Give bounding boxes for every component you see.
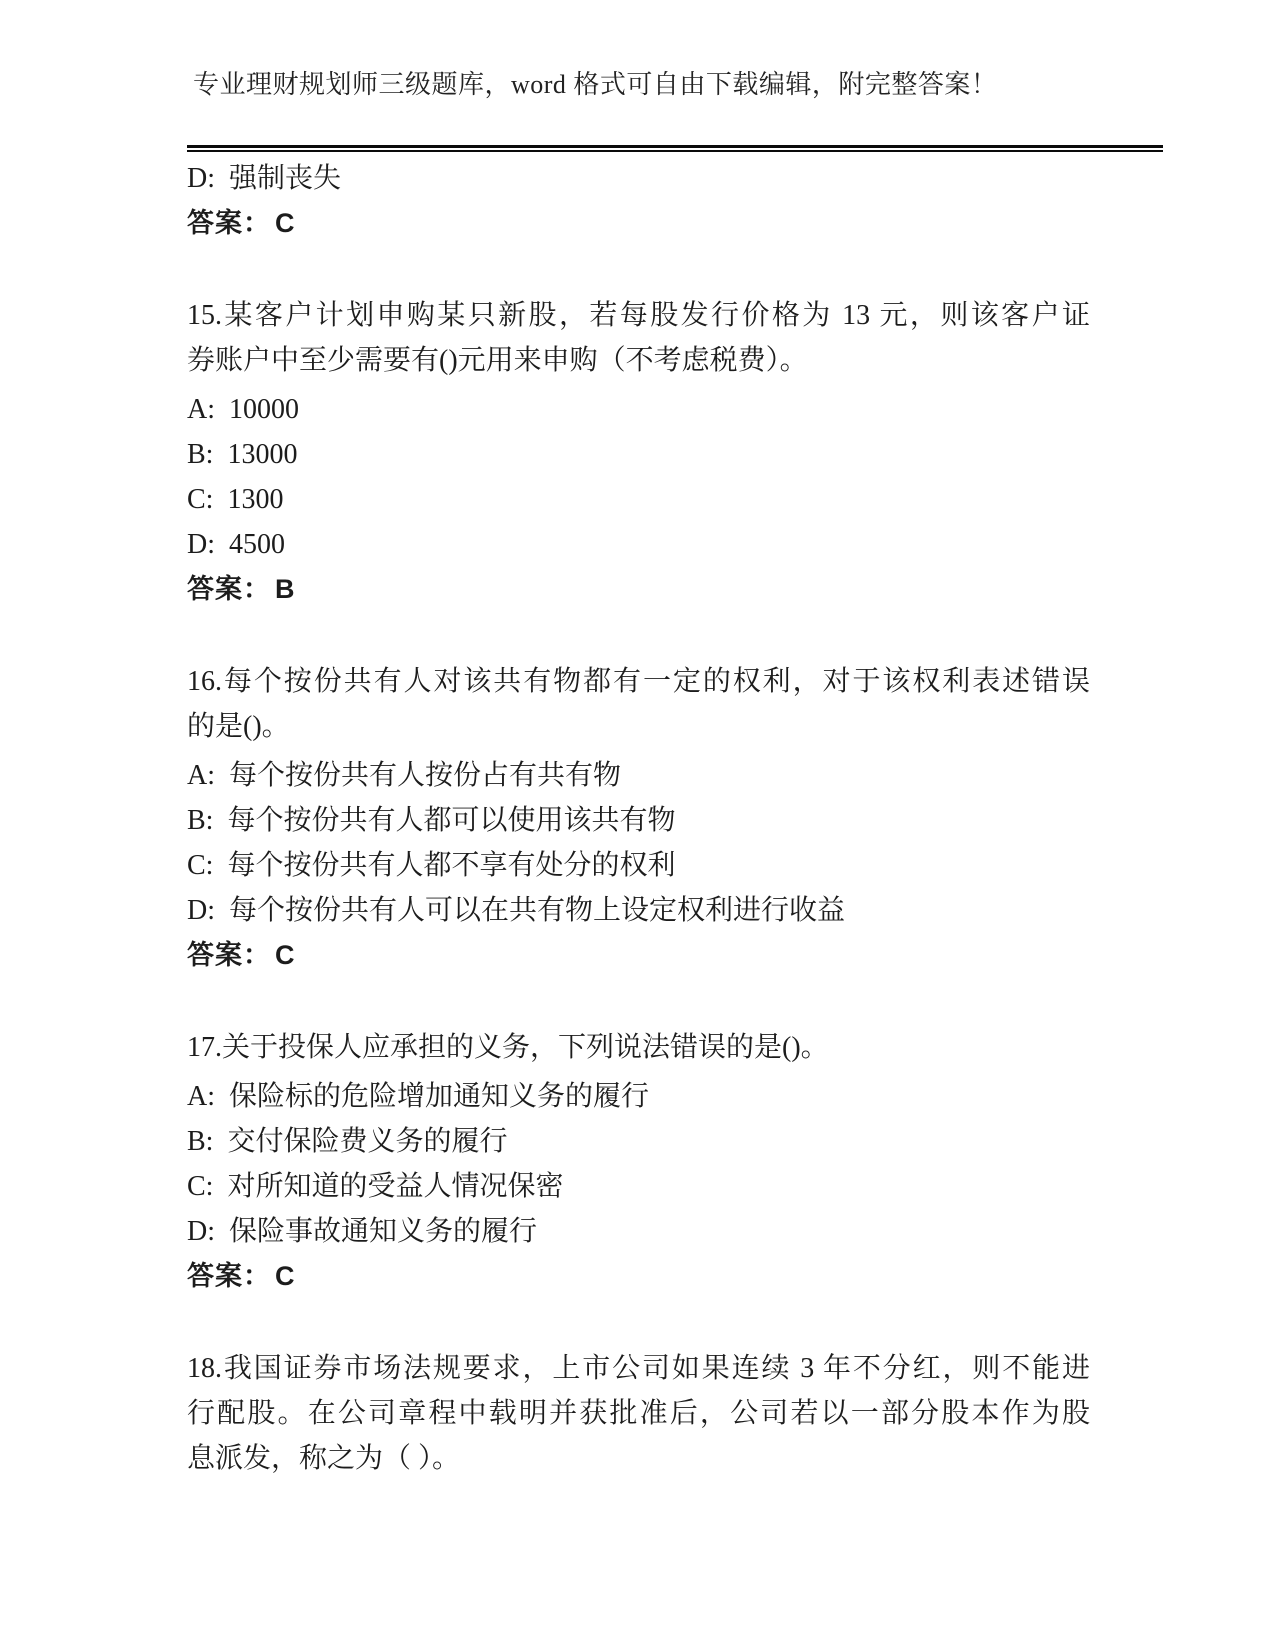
answer-label: 答案：	[187, 940, 271, 970]
option-text: 强制丧失	[229, 163, 341, 194]
option-label: A:	[187, 760, 215, 791]
answer-row: 答案：C	[187, 933, 1090, 978]
option-label: C:	[187, 850, 213, 881]
question-text-line: 券账户中至少需要有()元用来申购（不考虑税费）。	[187, 338, 1090, 383]
option-label: A:	[187, 1081, 215, 1112]
options-list: A:10000 B:13000 C:1300 D:4500	[187, 387, 1090, 567]
options-list: A:保险标的危险增加通知义务的履行 B:交付保险费义务的履行 C:对所知道的受益…	[187, 1074, 1090, 1254]
option-row: D:强制丧失	[187, 156, 1090, 201]
answer-value: C	[275, 1261, 296, 1291]
option-row: A:每个按份共有人按份占有共有物	[187, 753, 1090, 798]
option-text: 10000	[229, 394, 299, 425]
question-18: 18.我国证券市场法规要求，上市公司如果连续 3 年不分红，则不能进 行配股。在…	[187, 1346, 1090, 1481]
answer-row: 答案：C	[187, 1254, 1090, 1299]
option-label: A:	[187, 394, 215, 425]
option-text: 4500	[229, 529, 285, 560]
option-label: D:	[187, 163, 215, 194]
options-list: A:每个按份共有人按份占有共有物 B:每个按份共有人都可以使用该共有物 C:每个…	[187, 753, 1090, 933]
option-row: C:对所知道的受益人情况保密	[187, 1164, 1090, 1209]
answer-label: 答案：	[187, 574, 271, 604]
option-text: 每个按份共有人都可以使用该共有物	[227, 805, 675, 836]
option-row: D:保险事故通知义务的履行	[187, 1209, 1090, 1254]
option-label: B:	[187, 805, 213, 836]
option-row: C:1300	[187, 477, 1090, 522]
option-row: B:交付保险费义务的履行	[187, 1119, 1090, 1164]
option-label: C:	[187, 484, 213, 515]
option-label: B:	[187, 1126, 213, 1157]
option-row: D:4500	[187, 522, 1090, 567]
option-row: A:保险标的危险增加通知义务的履行	[187, 1074, 1090, 1119]
option-text: 对所知道的受益人情况保密	[227, 1171, 563, 1202]
page-header-text: 专业理财规划师三级题库，word 格式可自由下载编辑，附完整答案！	[193, 68, 1153, 102]
answer-row: 答案：C	[187, 201, 1090, 246]
header-divider	[187, 145, 1163, 152]
option-label: D:	[187, 1216, 215, 1247]
option-text: 1300	[227, 484, 283, 515]
document-content: D:强制丧失 答案：C 15.某客户计划申购某只新股，若每股发行价格为 13 元…	[187, 156, 1090, 1481]
question-16: 16.每个按份共有人对该共有物都有一定的权利，对于该权利表述错误 的是()。 A…	[187, 659, 1090, 978]
question-text-line: 16.每个按份共有人对该共有物都有一定的权利，对于该权利表述错误	[187, 659, 1090, 704]
question-text-line: 行配股。在公司章程中载明并获批准后，公司若以一部分股本作为股	[187, 1391, 1090, 1436]
option-text: 交付保险费义务的履行	[227, 1126, 507, 1157]
option-row: D:每个按份共有人可以在共有物上设定权利进行收益	[187, 888, 1090, 933]
answer-row: 答案：B	[187, 567, 1090, 612]
option-label: D:	[187, 529, 215, 560]
option-label: B:	[187, 439, 213, 470]
option-text: 每个按份共有人可以在共有物上设定权利进行收益	[229, 895, 845, 926]
question-text-line: 17.关于投保人应承担的义务，下列说法错误的是()。	[187, 1025, 1090, 1070]
option-label: D:	[187, 895, 215, 926]
option-text: 保险事故通知义务的履行	[229, 1216, 537, 1247]
answer-label: 答案：	[187, 1261, 271, 1291]
option-row: C:每个按份共有人都不享有处分的权利	[187, 843, 1090, 888]
option-row: B:每个按份共有人都可以使用该共有物	[187, 798, 1090, 843]
answer-value: B	[275, 574, 296, 604]
answer-value: C	[275, 940, 296, 970]
option-text: 每个按份共有人都不享有处分的权利	[227, 850, 675, 881]
question-17: 17.关于投保人应承担的义务，下列说法错误的是()。 A:保险标的危险增加通知义…	[187, 1025, 1090, 1299]
document-page: 专业理财规划师三级题库，word 格式可自由下载编辑，附完整答案！ D:强制丧失…	[0, 0, 1275, 1650]
question-14-remainder: D:强制丧失 答案：C	[187, 156, 1090, 246]
option-row: A:10000	[187, 387, 1090, 432]
option-text: 保险标的危险增加通知义务的履行	[229, 1081, 649, 1112]
question-15: 15.某客户计划申购某只新股，若每股发行价格为 13 元，则该客户证 券账户中至…	[187, 293, 1090, 612]
question-text-line: 的是()。	[187, 704, 1090, 749]
question-text-line: 息派发，称之为（ ）。	[187, 1436, 1090, 1481]
option-text: 13000	[227, 439, 297, 470]
answer-value: C	[275, 208, 296, 238]
answer-label: 答案：	[187, 208, 271, 238]
question-text-line: 18.我国证券市场法规要求，上市公司如果连续 3 年不分红，则不能进	[187, 1346, 1090, 1391]
option-label: C:	[187, 1171, 213, 1202]
option-row: B:13000	[187, 432, 1090, 477]
question-text-line: 15.某客户计划申购某只新股，若每股发行价格为 13 元，则该客户证	[187, 293, 1090, 338]
option-text: 每个按份共有人按份占有共有物	[229, 760, 621, 791]
